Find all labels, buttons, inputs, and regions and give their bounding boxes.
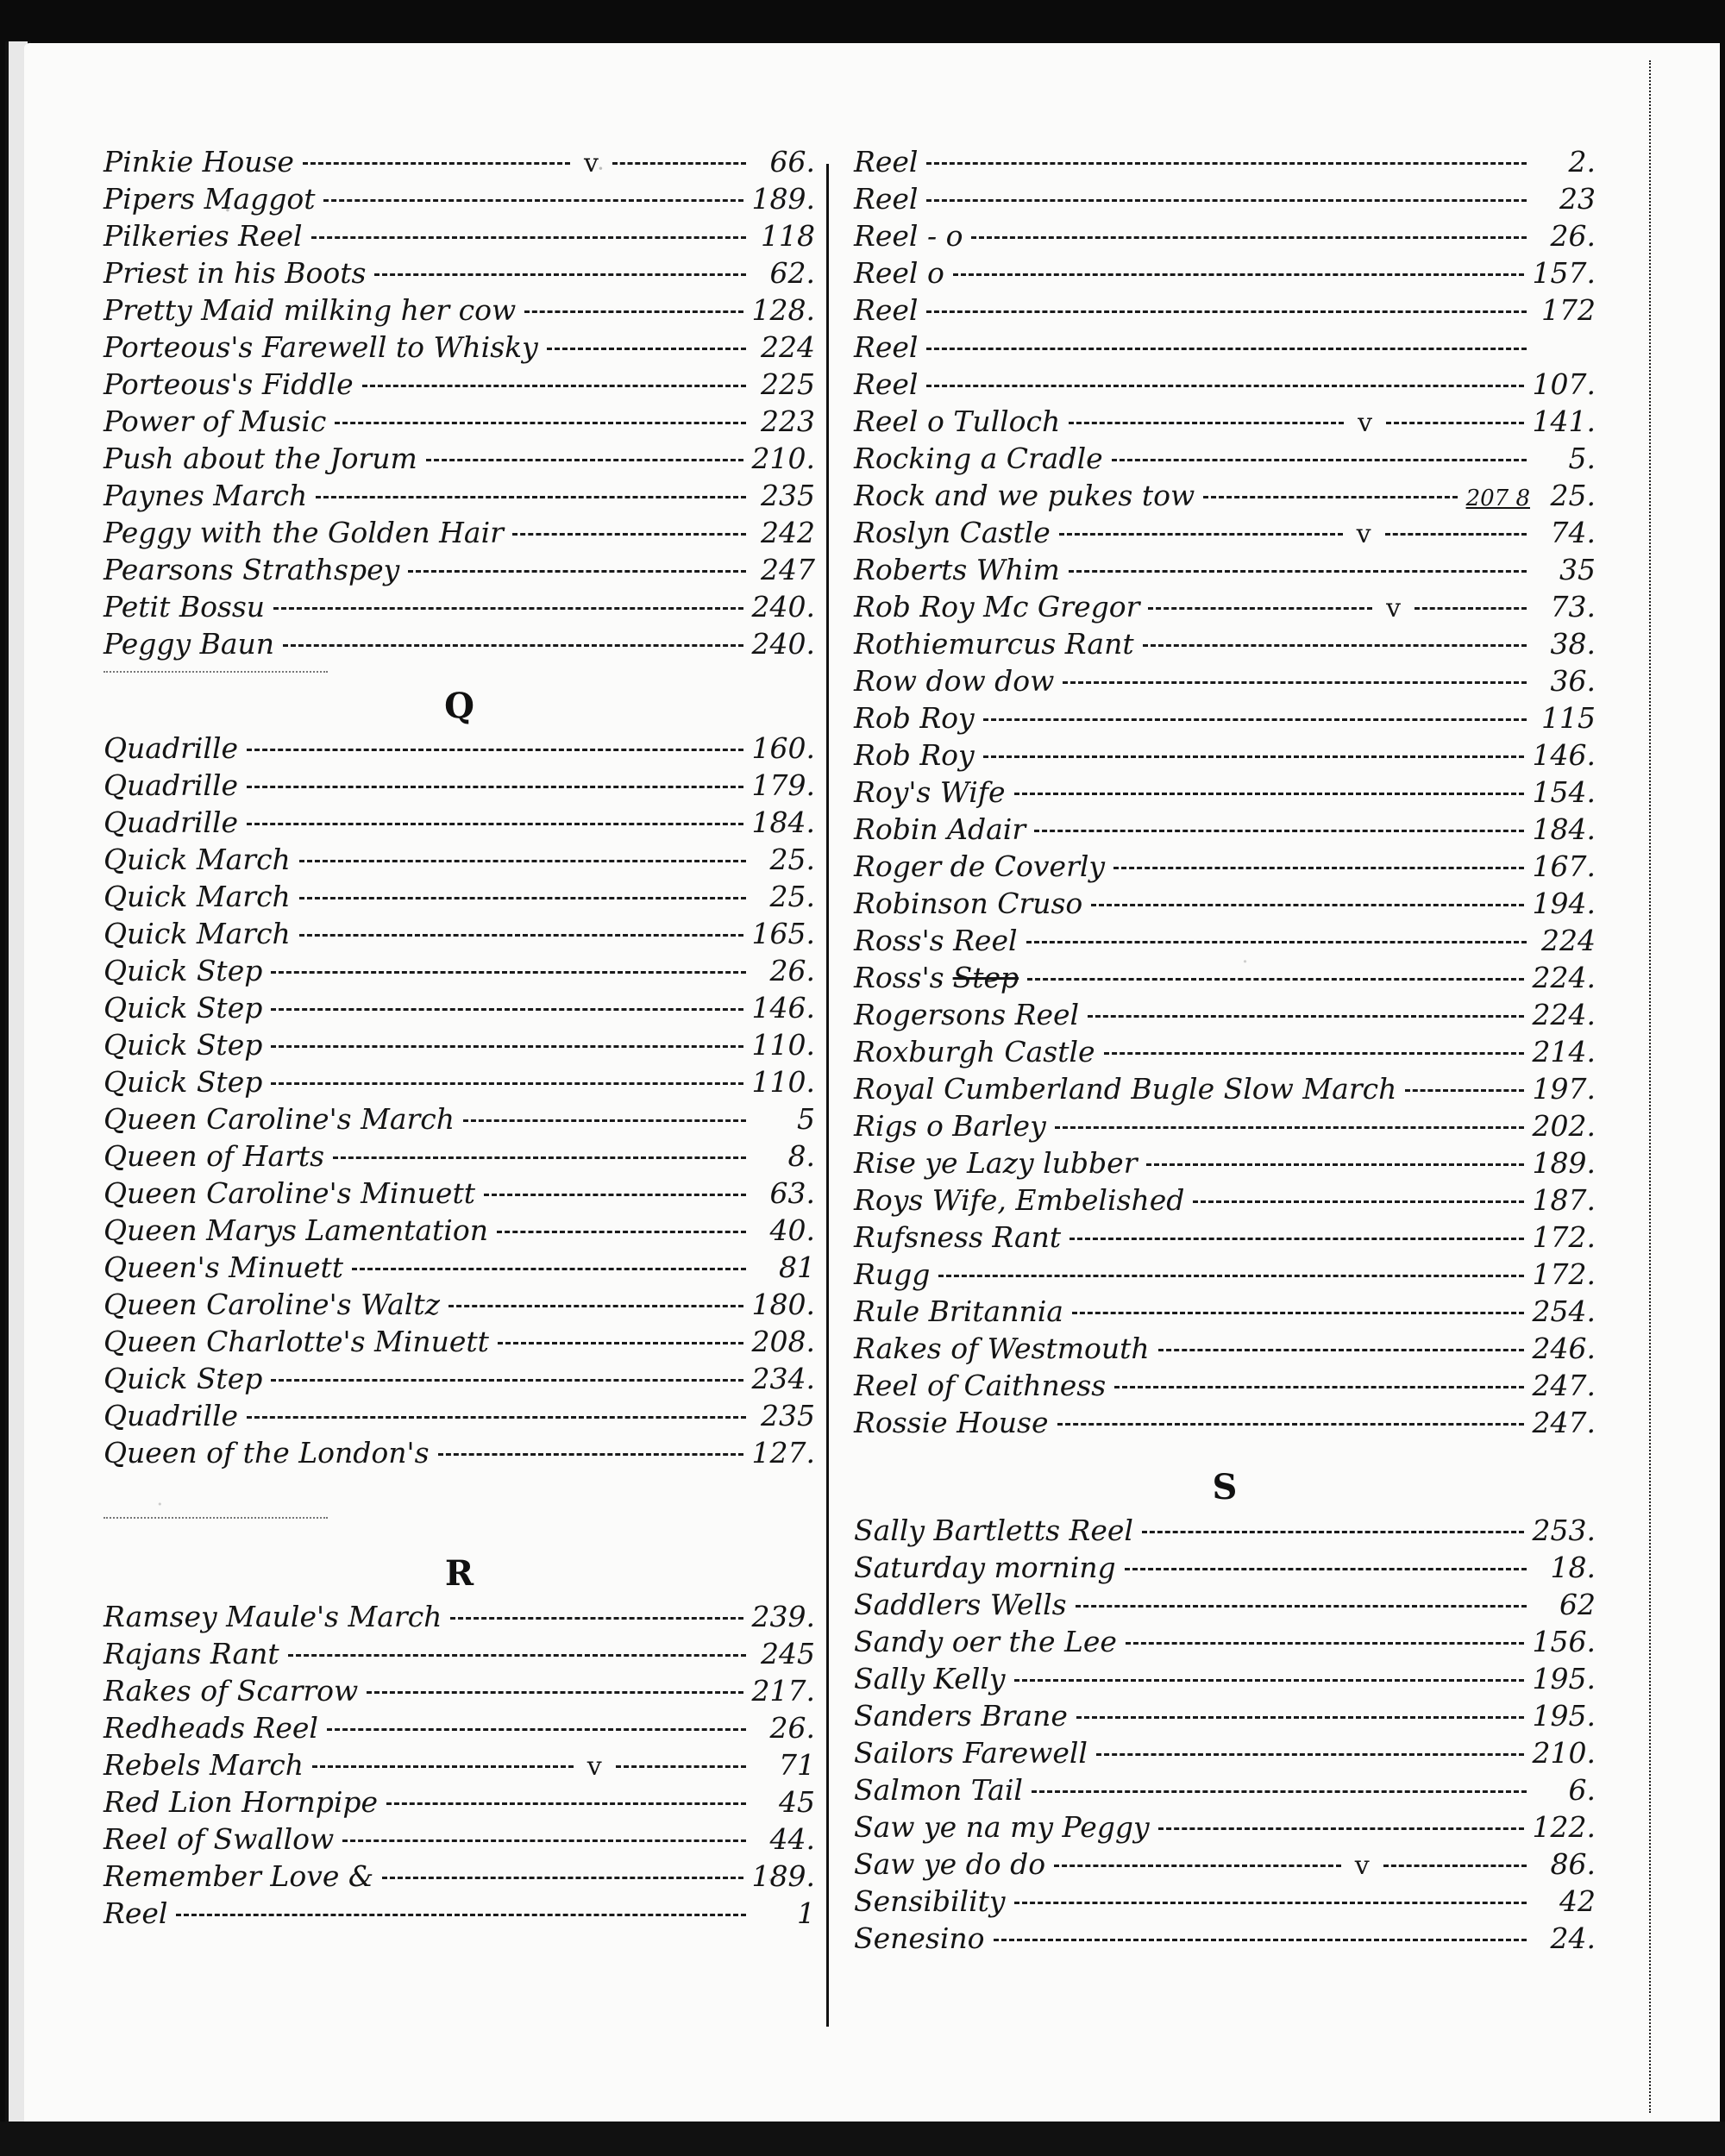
dash-leader — [176, 1914, 746, 1916]
entry-title: Quick Step — [103, 991, 262, 1025]
entry-title: Saturday morning — [854, 1551, 1116, 1584]
page-number: 71 — [755, 1748, 815, 1782]
index-entry: Reel o157. — [854, 256, 1596, 293]
index-entry: Roxburgh Castle214. — [854, 1035, 1596, 1072]
dash-leader — [299, 934, 743, 937]
page-number: 247 — [755, 553, 815, 586]
entry-title: Rock and we pukes tow — [854, 479, 1195, 512]
index-entry: Sandy oer the Lee156. — [854, 1625, 1596, 1662]
dash-leader — [312, 1765, 574, 1768]
index-entry: Queen Caroline's Waltz180. — [103, 1288, 815, 1325]
page-number: 110. — [752, 1065, 815, 1099]
index-entry: Saturday morning18. — [854, 1551, 1596, 1588]
page-number: 184. — [752, 805, 815, 839]
page-number: 202. — [1533, 1109, 1596, 1143]
index-entry: Reel o Tullochv141. — [854, 404, 1596, 442]
index-entry: Queen Marys Lamentation40. — [103, 1213, 815, 1250]
page-number: 25. — [1535, 479, 1596, 512]
entry-title: Queen Caroline's March — [103, 1102, 455, 1136]
index-entry: Power of Music223 — [103, 404, 815, 442]
index-entry: Queen Caroline's Minuett63. — [103, 1176, 815, 1213]
entry-title: Rothiemurcus Rant — [854, 627, 1134, 661]
entry-title: Push about the Jorum — [103, 442, 417, 475]
entry-title: Quick March — [103, 917, 291, 950]
section-divider — [103, 671, 328, 673]
dash-leader — [273, 607, 743, 610]
index-entry: Roy's Wife154. — [854, 775, 1596, 812]
dash-leader — [1203, 496, 1457, 498]
index-entry: Saw ye na my Peggy122. — [854, 1810, 1596, 1847]
entry-title: Rogersons Reel — [854, 998, 1079, 1031]
entry-title: Rob Roy — [854, 738, 975, 772]
index-entry: Sally Bartletts Reel253. — [854, 1514, 1596, 1551]
blank-space — [103, 1526, 815, 1548]
dash-leader — [333, 1156, 746, 1159]
index-entry: Quick Step146. — [103, 991, 815, 1028]
page-number: 146. — [752, 991, 815, 1025]
entry-title: Reel — [854, 145, 918, 179]
entry-title: Pinkie House — [103, 145, 294, 179]
dash-leader — [1158, 1827, 1524, 1830]
index-entry: Push about the Jorum210. — [103, 442, 815, 479]
page-number: 245 — [755, 1637, 815, 1670]
entry-title: Senesino — [854, 1921, 985, 1955]
page-number: 6. — [1535, 1773, 1596, 1807]
page-number: 5 — [755, 1102, 815, 1136]
entry-title: Salmon Tail — [854, 1773, 1023, 1807]
dash-leader — [1193, 1200, 1523, 1203]
index-entry: Rogersons Reel224. — [854, 998, 1596, 1035]
entry-title: Peggy with the Golden Hair — [103, 516, 504, 549]
dash-leader — [1383, 1865, 1527, 1867]
page-number: 172 — [1535, 293, 1596, 327]
page-number: 165. — [752, 917, 815, 950]
page-number: 224. — [1533, 961, 1596, 994]
page-number: 235 — [755, 479, 815, 512]
page-number: 42 — [1535, 1884, 1596, 1918]
index-entry: Reel — [854, 330, 1596, 367]
page-number: 81 — [755, 1250, 815, 1284]
entry-title: Quadrille — [103, 731, 238, 765]
entry-title: Remember Love & — [103, 1859, 373, 1893]
index-entry: Reel of Swallow44. — [103, 1822, 815, 1859]
index-entry: Ross's Reel224 — [854, 924, 1596, 961]
page-number: 5. — [1535, 442, 1596, 475]
index-entry: Porteous's Farewell to Whisky224 — [103, 330, 815, 367]
column-divider — [826, 164, 829, 2027]
entry-title: Reel of Caithness — [854, 1369, 1106, 1402]
page-number: 217. — [752, 1674, 815, 1708]
index-entry: Queen of Harts8. — [103, 1139, 815, 1176]
index-entry: Paynes March235 — [103, 479, 815, 516]
page-number: 66. — [755, 145, 815, 179]
page-number: 179. — [752, 768, 815, 802]
entry-title: Porteous's Farewell to Whisky — [103, 330, 538, 364]
dash-leader — [616, 1765, 746, 1768]
dash-leader — [426, 459, 743, 461]
dash-leader — [352, 1268, 746, 1270]
index-entry: Royal Cumberland Bugle Slow March197. — [854, 1072, 1596, 1109]
dash-leader — [247, 1416, 746, 1419]
entry-title: Rise ye Lazy lubber — [854, 1146, 1138, 1180]
index-entry: Reel - o26. — [854, 219, 1596, 256]
dash-leader — [1125, 1568, 1527, 1570]
entry-title: Quick March — [103, 843, 291, 876]
section-letter-heading: Q — [103, 680, 815, 731]
dash-leader — [1069, 422, 1344, 424]
entry-title: Rakes of Scarrow — [103, 1674, 358, 1708]
entry-title: Queen Charlotte's Minuett — [103, 1325, 489, 1358]
entry-title: Queen of Harts — [103, 1139, 324, 1173]
index-entry: Rocking a Cradle5. — [854, 442, 1596, 479]
dash-leader — [983, 755, 1524, 758]
entry-title: Peggy Baun — [103, 627, 274, 661]
entry-title: Power of Music — [103, 404, 326, 438]
dash-leader — [448, 1305, 743, 1307]
page-number: 74. — [1535, 516, 1596, 549]
dash-leader — [1063, 681, 1527, 684]
page-number: 38. — [1535, 627, 1596, 661]
entry-title: Quadrille — [103, 805, 238, 839]
index-entry: Roberts Whim35 — [854, 553, 1596, 590]
index-entry: Salmon Tail6. — [854, 1773, 1596, 1810]
index-entry: Roger de Coverly167. — [854, 849, 1596, 887]
entry-title: Royal Cumberland Bugle Slow March — [854, 1072, 1396, 1106]
index-entry: Rakes of Westmouth246. — [854, 1332, 1596, 1369]
entry-title: Queen Caroline's Minuett — [103, 1176, 475, 1210]
index-entry: Sanders Brane195. — [854, 1699, 1596, 1736]
entry-title: Rule Britannia — [854, 1294, 1063, 1328]
page-number: 225 — [755, 367, 815, 401]
dash-leader — [971, 236, 1527, 239]
index-entry: Quadrille184. — [103, 805, 815, 843]
entry-title: Red Lion Hornpipe — [103, 1785, 378, 1819]
index-entry: Reel of Caithness247. — [854, 1369, 1596, 1406]
dash-leader — [926, 348, 1527, 350]
page-number: 194. — [1533, 887, 1596, 920]
index-entry: Pearsons Strathspey247 — [103, 553, 815, 590]
dash-leader — [498, 1342, 743, 1344]
entry-title: Robin Adair — [854, 812, 1026, 846]
page-number: 146. — [1533, 738, 1596, 772]
index-entry: Peggy with the Golden Hair242 — [103, 516, 815, 553]
index-entry: Rakes of Scarrow217. — [103, 1674, 815, 1711]
index-entry: Reel172 — [854, 293, 1596, 330]
dash-leader — [1072, 1312, 1524, 1314]
entry-title: Roberts Whim — [854, 553, 1060, 586]
page-number: 197. — [1533, 1072, 1596, 1106]
page-number: 240. — [752, 590, 815, 624]
entry-title: Porteous's Fiddle — [103, 367, 354, 401]
page-number: 25. — [755, 843, 815, 876]
index-entry: Robin Adair184. — [854, 812, 1596, 849]
dash-leader — [1114, 1386, 1523, 1388]
entry-title: Sally Kelly — [854, 1662, 1006, 1695]
index-entry: Quadrille160. — [103, 731, 815, 768]
index-entry: Priest in his Boots62. — [103, 256, 815, 293]
dash-leader — [1158, 1349, 1524, 1351]
dash-leader — [1054, 1865, 1341, 1867]
entry-title: Row dow dow — [854, 664, 1054, 698]
dash-leader — [1032, 1790, 1527, 1793]
dash-leader — [271, 1082, 743, 1085]
dash-leader — [524, 310, 743, 313]
page-number: 187. — [1533, 1183, 1596, 1217]
page-number: 40. — [755, 1213, 815, 1247]
page-number: 157. — [1533, 256, 1596, 290]
dash-leader — [271, 971, 746, 974]
entry-title: Quadrille — [103, 768, 238, 802]
index-entry: Sailors Farewell210. — [854, 1736, 1596, 1773]
dash-leader — [1027, 978, 1523, 981]
page-number: 2. — [1535, 145, 1596, 179]
dash-leader — [953, 273, 1524, 276]
page-number: 242 — [755, 516, 815, 549]
dash-leader — [1385, 533, 1527, 536]
entry-title: Saw ye na my Peggy — [854, 1810, 1150, 1844]
index-entry: Ross'sStep224. — [854, 961, 1596, 998]
page-number: 247. — [1533, 1369, 1596, 1402]
index-entry: Senesino24. — [854, 1921, 1596, 1959]
entry-title: Rob Roy Mc Gregor — [854, 590, 1139, 624]
dash-leader — [382, 1877, 743, 1879]
page-number: 240. — [752, 627, 815, 661]
page-number: 224 — [755, 330, 815, 364]
page-number: 24. — [1535, 1921, 1596, 1955]
page-number: 8. — [755, 1139, 815, 1173]
page-number: 26. — [755, 1711, 815, 1745]
blank-space — [103, 1473, 815, 1510]
page-number: 195. — [1533, 1662, 1596, 1695]
entry-title: Quadrille — [103, 1399, 238, 1432]
page-number: 172. — [1533, 1257, 1596, 1291]
entry-title: Roys Wife, Embelished — [854, 1183, 1184, 1217]
dash-leader — [283, 644, 743, 647]
index-entry: Quick March25. — [103, 880, 815, 917]
entry-title: Quick Step — [103, 954, 262, 987]
dash-leader — [408, 570, 746, 573]
page-number: 184. — [1533, 812, 1596, 846]
page-number: 18. — [1535, 1551, 1596, 1584]
page-number: 127. — [752, 1436, 815, 1470]
dash-leader — [938, 1275, 1523, 1277]
index-entry: Rajans Rant245 — [103, 1637, 815, 1674]
dash-leader — [926, 199, 1527, 202]
index-entry: Saw ye do dov86. — [854, 1847, 1596, 1884]
page-number: 86. — [1535, 1847, 1596, 1881]
index-entry: Pilkeries Reel118 — [103, 219, 815, 256]
entry-title: Rocking a Cradle — [854, 442, 1103, 475]
entry-title: Sailors Farewell — [854, 1736, 1088, 1770]
dash-leader — [288, 1654, 746, 1657]
entry-title: Queen Caroline's Waltz — [103, 1288, 440, 1321]
dash-leader — [926, 162, 1527, 165]
page-number: 44. — [755, 1822, 815, 1856]
index-entry: Reel1 — [103, 1896, 815, 1934]
entry-title: Rebels March — [103, 1748, 304, 1782]
dash-leader — [1112, 459, 1527, 461]
index-entry: Queen Charlotte's Minuett208. — [103, 1325, 815, 1362]
dash-leader — [386, 1802, 746, 1805]
entry-title: Rossie House — [854, 1406, 1049, 1439]
page-number: 62 — [1535, 1588, 1596, 1621]
tick-mark: v — [1386, 593, 1401, 624]
dash-leader — [612, 162, 746, 165]
page-number: 154. — [1533, 775, 1596, 809]
dash-leader — [271, 1045, 743, 1048]
dash-leader — [1096, 1753, 1524, 1756]
entry-title: Quick Step — [103, 1065, 262, 1099]
page-number: 141. — [1533, 404, 1596, 438]
page-number: 195. — [1533, 1699, 1596, 1733]
page-number: 45 — [755, 1785, 815, 1819]
entry-title: Ross's Reel — [854, 924, 1018, 957]
dash-leader — [342, 1839, 746, 1842]
dash-leader — [311, 236, 746, 239]
tick-mark: v — [1358, 408, 1372, 438]
index-entry: Pipers Maggot189. — [103, 182, 815, 219]
page-number: 36. — [1535, 664, 1596, 698]
dash-leader — [247, 749, 743, 751]
entry-title: Redheads Reel — [103, 1711, 318, 1745]
dash-leader — [1069, 570, 1527, 573]
index-entry: Robinson Cruso194. — [854, 887, 1596, 924]
page-number: 23 — [1535, 182, 1596, 216]
index-entry: Rob Roy146. — [854, 738, 1596, 775]
page-number: 189. — [1533, 1146, 1596, 1180]
dash-leader — [1414, 607, 1527, 610]
dash-leader — [303, 162, 570, 165]
page-number: 239. — [752, 1600, 815, 1633]
section-divider — [103, 1517, 328, 1519]
dash-leader — [323, 199, 743, 202]
dash-leader — [367, 1691, 743, 1694]
entry-title: Paynes March — [103, 479, 307, 512]
page-number: 180. — [752, 1288, 815, 1321]
entry-title: Reel — [854, 367, 918, 401]
entry-title: Reel — [854, 293, 918, 327]
entry-title: Rajans Rant — [103, 1637, 279, 1670]
index-entry: Pretty Maid milking her cow128. — [103, 293, 815, 330]
index-entry: Rebels Marchv71 — [103, 1748, 815, 1785]
dash-leader — [271, 1008, 743, 1011]
entry-title: Robinson Cruso — [854, 887, 1082, 920]
dash-leader — [1148, 607, 1372, 610]
entry-title: Queen Marys Lamentation — [103, 1213, 488, 1247]
page-number: 26. — [1535, 219, 1596, 253]
index-entry: Rise ye Lazy lubber189. — [854, 1146, 1596, 1183]
index-entry: Red Lion Hornpipe45 — [103, 1785, 815, 1822]
entry-title: Roxburgh Castle — [854, 1035, 1095, 1069]
page-bottom-edge — [0, 2122, 1725, 2156]
dash-leader — [1142, 1531, 1524, 1533]
index-entry: Rufsness Rant172. — [854, 1220, 1596, 1257]
dash-leader — [247, 823, 743, 825]
page-number: 254. — [1533, 1294, 1596, 1328]
index-entry: Roys Wife, Embelished187. — [854, 1183, 1596, 1220]
page-number: 160. — [752, 731, 815, 765]
index-entry: Sally Kelly195. — [854, 1662, 1596, 1699]
page-number: 35 — [1535, 553, 1596, 586]
dash-leader — [438, 1453, 743, 1456]
entry-title: Sally Bartletts Reel — [854, 1514, 1133, 1547]
dash-leader — [450, 1617, 743, 1620]
dash-leader — [1026, 941, 1527, 943]
index-entry: Quick Step234. — [103, 1362, 815, 1399]
index-entry: Saddlers Wells62 — [854, 1588, 1596, 1625]
index-entry: Queen's Minuett81 — [103, 1250, 815, 1288]
entry-title: Pilkeries Reel — [103, 219, 303, 253]
page-number: 208. — [752, 1325, 815, 1358]
page-number: 210. — [752, 442, 815, 475]
dash-leader — [1126, 1642, 1524, 1645]
dash-leader — [547, 348, 746, 350]
page-number: 156. — [1533, 1625, 1596, 1658]
dash-leader — [1386, 422, 1523, 424]
blank-space — [854, 1443, 1596, 1462]
index-entry: Queen Caroline's March5 — [103, 1102, 815, 1139]
index-entry: Rugg172. — [854, 1257, 1596, 1294]
entry-title: Priest in his Boots — [103, 256, 366, 290]
dash-leader — [1014, 1679, 1524, 1682]
entry-title: Quick Step — [103, 1028, 262, 1062]
page-number: 1 — [755, 1896, 815, 1930]
entry-title: Roger de Coverly — [854, 849, 1105, 883]
margin-note: 207 8 — [1466, 486, 1530, 511]
dash-leader — [247, 786, 743, 788]
entry-title: Rugg — [854, 1257, 930, 1291]
index-entry: Row dow dow36. — [854, 664, 1596, 701]
page-number: 107. — [1533, 367, 1596, 401]
page-number: 224. — [1533, 998, 1596, 1031]
index-entry: Redheads Reel26. — [103, 1711, 815, 1748]
dash-leader — [299, 860, 746, 862]
index-entry: Rock and we pukes tow207 825. — [854, 479, 1596, 516]
index-entry: Remember Love &189. — [103, 1859, 815, 1896]
page-number: 234. — [752, 1362, 815, 1395]
dash-leader — [1146, 1163, 1524, 1166]
dash-leader — [1055, 1126, 1524, 1129]
entry-title: Roslyn Castle — [854, 516, 1051, 549]
entry-title: Sanders Brane — [854, 1699, 1068, 1733]
page-number: 246. — [1533, 1332, 1596, 1365]
dash-leader — [316, 496, 746, 498]
dash-leader — [1088, 1015, 1523, 1018]
entry-title: Reel — [854, 330, 918, 364]
index-entry: Rigs o Barley202. — [854, 1109, 1596, 1146]
entry-title: Pipers Maggot — [103, 182, 315, 216]
dash-leader — [335, 422, 746, 424]
entry-title: Rufsness Rant — [854, 1220, 1061, 1254]
page-number: 110. — [752, 1028, 815, 1062]
dash-leader — [1104, 1052, 1524, 1055]
page-right-edge — [1649, 60, 1656, 2113]
entry-title: Reel o — [854, 256, 944, 290]
index-entry: Reel107. — [854, 367, 1596, 404]
index-entry: Porteous's Fiddle225 — [103, 367, 815, 404]
entry-title: Reel of Swallow — [103, 1822, 334, 1856]
page-number: 128. — [752, 293, 815, 327]
dash-leader — [926, 385, 1523, 387]
index-entry: Peggy Baun240. — [103, 627, 815, 664]
entry-title: Quick Step — [103, 1362, 262, 1395]
index-entry: Roslyn Castlev74. — [854, 516, 1596, 553]
dash-leader — [1034, 830, 1523, 832]
entry-title: Queen of the London's — [103, 1436, 430, 1470]
page-number: 26. — [755, 954, 815, 987]
dash-leader — [983, 718, 1527, 721]
index-entry: Quick Step110. — [103, 1028, 815, 1065]
